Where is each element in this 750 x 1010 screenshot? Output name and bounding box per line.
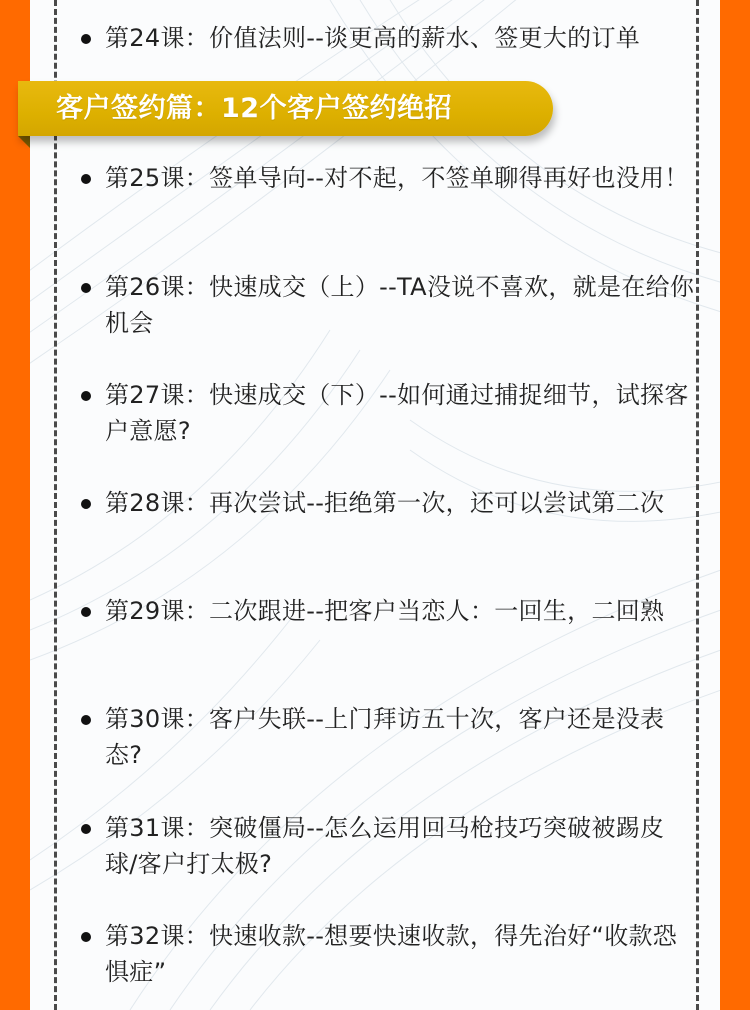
lesson-item-29: 第29课：二次跟进--把客户当恋人：一回生，二回熟 (105, 593, 695, 629)
dashed-border-right (696, 0, 699, 1010)
bullet-icon (81, 932, 91, 942)
bullet-icon (81, 824, 91, 834)
section-banner: 客户签约篇：12个客户签约绝招 (18, 81, 553, 136)
bullet-icon (81, 283, 91, 293)
lesson-item-30: 第30课：客户失联--上门拜访五十次，客户还是没表态? (105, 701, 695, 773)
lesson-item-26: 第26课：快速成交（上）--TA没说不喜欢，就是在给你机会 (105, 269, 695, 341)
dashed-border-left (54, 0, 57, 1010)
bullet-icon (81, 34, 91, 44)
bullet-icon (81, 174, 91, 184)
lesson-item-28: 第28课：再次尝试--拒绝第一次，还可以尝试第二次 (105, 485, 695, 521)
course-outline-card: 第24课：价值法则--谈更高的薪水、签更大的订单 第25课：签单导向--对不起，… (30, 0, 720, 1010)
lesson-item-27: 第27课：快速成交（下）--如何通过捕捉细节，试探客户意愿? (105, 377, 695, 449)
section-title: 客户签约篇：12个客户签约绝招 (56, 89, 452, 129)
lesson-item-25: 第25课：签单导向--对不起，不签单聊得再好也没用！ (105, 160, 695, 196)
bullet-icon (81, 715, 91, 725)
bullet-icon (81, 499, 91, 509)
banner-fold-shadow (18, 136, 30, 160)
bullet-icon (81, 607, 91, 617)
bullet-icon (81, 391, 91, 401)
lesson-item-24: 第24课：价值法则--谈更高的薪水、签更大的订单 (105, 20, 695, 56)
lesson-item-32: 第32课：快速收款--想要快速收款，得先治好“收款恐惧症” (105, 918, 695, 990)
lesson-item-31: 第31课：突破僵局--怎么运用回马枪技巧突破被踢皮球/客户打太极? (105, 810, 695, 882)
